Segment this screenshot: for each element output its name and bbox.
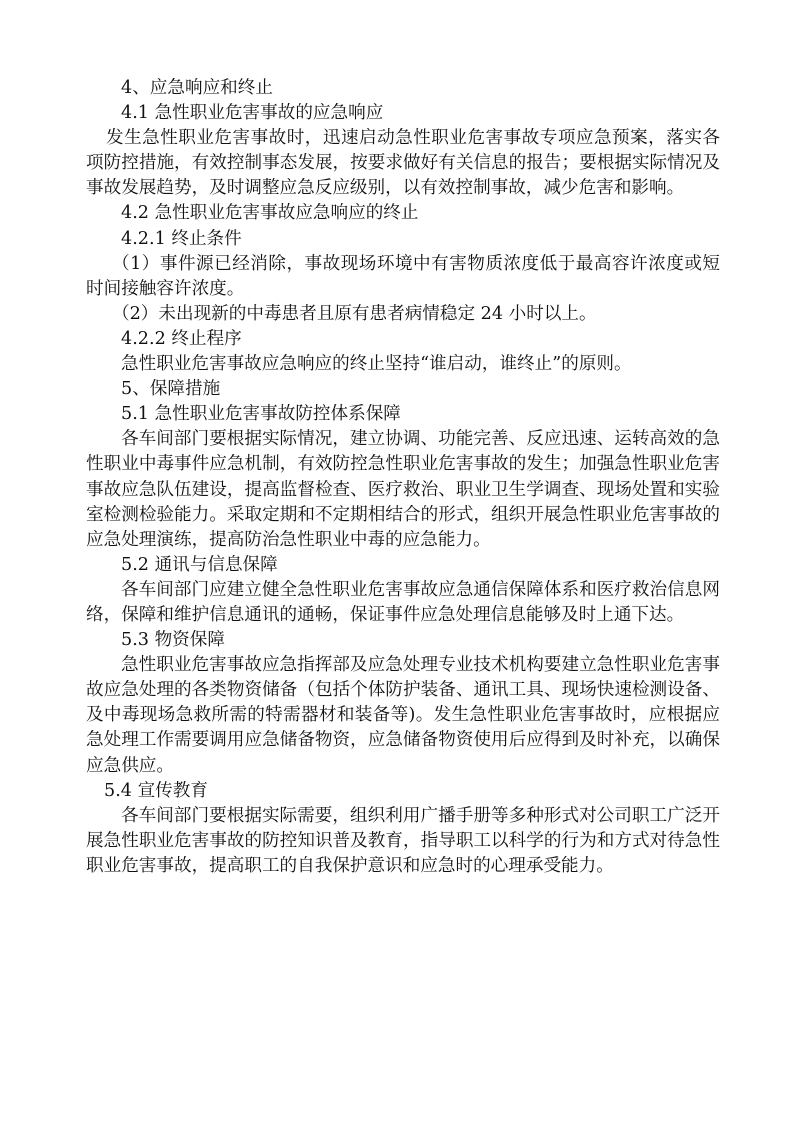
heading-5-safeguard-measures: 5、保障措施 xyxy=(86,377,720,402)
heading-4-emergency-response-termination: 4、应急响应和终止 xyxy=(86,76,720,101)
heading-4-2-2-termination-procedure: 4.2.2 终止程序 xyxy=(86,327,720,352)
heading-5-3-materials: 5.3 物资保障 xyxy=(86,628,720,653)
heading-4-2-response-termination: 4.2 急性职业危害事故应急响应的终止 xyxy=(86,201,720,226)
paragraph-5-2: 各车间部门应建立健全急性职业危害事故应急通信保障体系和医疗救治信息网络，保障和维… xyxy=(86,578,720,628)
heading-5-4-publicity-education: 5.4 宣传教育 xyxy=(86,779,720,804)
paragraph-4-2-1-condition-2: （2）未出现新的中毒患者且原有患者病情稳定 24 小时以上。 xyxy=(86,302,720,327)
paragraph-5-1: 各车间部门要根据实际情况，建立协调、功能完善、反应迅速、运转高效的急性职业中毒事… xyxy=(86,427,720,552)
heading-4-2-1-termination-conditions: 4.2.1 终止条件 xyxy=(86,227,720,252)
paragraph-5-3: 急性职业危害事故应急指挥部及应急处理专业技术机构要建立急性职业危害事故应急处理的… xyxy=(86,653,720,778)
paragraph-4-2-1-condition-1: （1）事件源已经消除，事故现场环境中有害物质浓度低于最高容许浓度或短时间接触容许… xyxy=(86,252,720,302)
heading-4-1-emergency-response: 4.1 急性职业危害事故的应急响应 xyxy=(86,101,720,126)
heading-5-1-prevention-system: 5.1 急性职业危害事故防控体系保障 xyxy=(86,402,720,427)
heading-5-2-communication: 5.2 通讯与信息保障 xyxy=(86,553,720,578)
paragraph-4-2-2: 急性职业危害事故应急响应的终止坚持“谁启动，谁终止”的原则。 xyxy=(86,352,720,377)
paragraph-5-4: 各车间部门要根据实际需要，组织利用广播手册等多种形式对公司职工广泛开展急性职业危… xyxy=(86,804,720,879)
document-page: 4、应急响应和终止 4.1 急性职业危害事故的应急响应 发生急性职业危害事故时，… xyxy=(86,76,720,879)
paragraph-4-1: 发生急性职业危害事故时，迅速启动急性职业危害事故专项应急预案，落实各项防控措施，… xyxy=(86,126,720,201)
